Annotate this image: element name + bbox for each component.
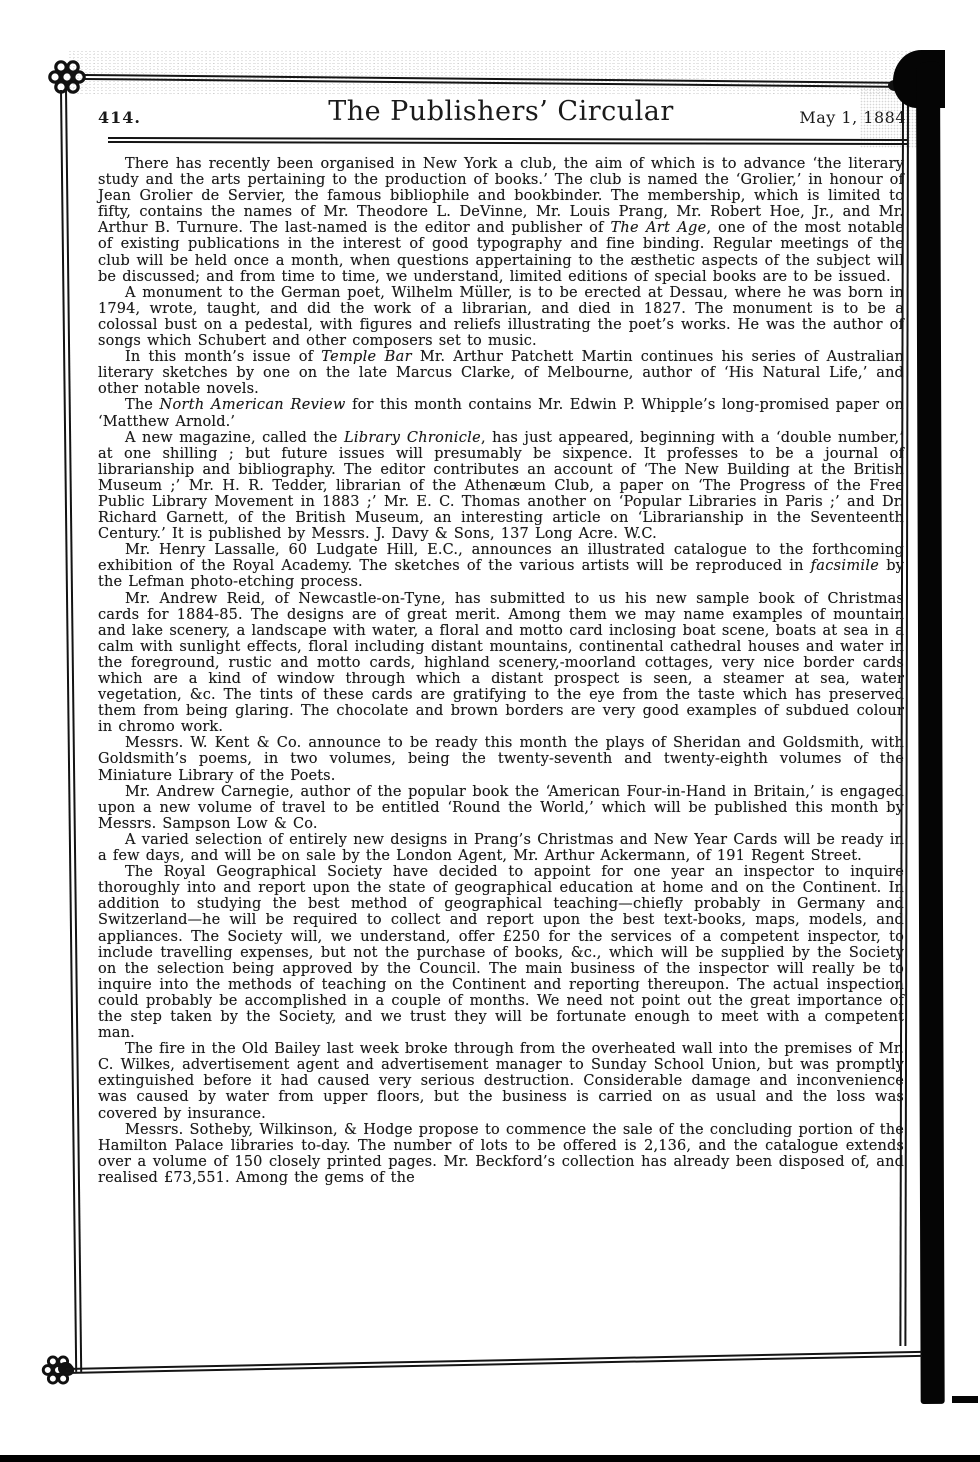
text-run: Mr. Henry Lassalle, 60 Ludgate Hill, E.C… — [98, 542, 904, 574]
paragraph: Mr. Henry Lassalle, 60 Ludgate Hill, E.C… — [98, 542, 904, 590]
paragraph: Messrs. W. Kent & Co. announce to be rea… — [98, 735, 904, 783]
text-run: Messrs. Sotheby, Wilkinson, & Hodge prop… — [98, 1122, 904, 1186]
text-run: The — [125, 397, 159, 413]
paragraph: Mr. Andrew Reid, of Newcastle-on-Tyne, h… — [98, 591, 904, 736]
book-edge-shadow — [916, 62, 945, 1404]
work-title-italic: The Art Age — [610, 220, 706, 236]
book-edge-shadow-tail — [952, 1396, 978, 1403]
paragraph: The Royal Geographical Society have deci… — [98, 864, 904, 1041]
text-run: A varied selection of entirely new desig… — [98, 832, 904, 864]
paragraph: A varied selection of entirely new desig… — [98, 832, 904, 864]
text-run: Mr. Andrew Reid, of Newcastle-on-Tyne, h… — [98, 591, 904, 736]
scan-noise-band — [68, 50, 924, 94]
work-title-italic: Temple Bar — [321, 349, 412, 365]
text-run: The Royal Geographical Society have deci… — [98, 864, 904, 1041]
work-title-italic: Library Chronicle — [344, 430, 481, 446]
scan-edge-line — [0, 1455, 980, 1462]
paragraph: The fire in the Old Bailey last week bro… — [98, 1041, 904, 1121]
text-run: The fire in the Old Bailey last week bro… — [98, 1041, 904, 1121]
masthead: 414. The Publishers’ Circular May 1, 188… — [96, 96, 906, 136]
text-run: In this month’s issue of — [125, 349, 321, 365]
text-run: A monument to the German poet, Wilhelm M… — [98, 285, 904, 349]
issue-date: May 1, 1884 — [799, 108, 906, 127]
work-title-italic: North American Review — [159, 397, 345, 413]
masthead-divider-rule — [108, 137, 908, 145]
paragraph: Messrs. Sotheby, Wilkinson, & Hodge prop… — [98, 1122, 904, 1186]
paragraph: There has recently been organised in New… — [98, 156, 904, 285]
scanned-page: 414. The Publishers’ Circular May 1, 188… — [0, 0, 980, 1462]
work-title-italic: facsimile — [811, 558, 880, 574]
paragraph: In this month’s issue of Temple Bar Mr. … — [98, 349, 904, 397]
paragraph: Mr. Andrew Carnegie, author of the popul… — [98, 784, 904, 832]
paragraph: A new magazine, called the Library Chron… — [98, 430, 904, 543]
paragraph: The North American Review for this month… — [98, 397, 904, 429]
article-body: There has recently been organised in New… — [98, 156, 904, 1186]
frame-bottom-rule — [66, 1351, 922, 1374]
paragraph: A monument to the German poet, Wilhelm M… — [98, 285, 904, 349]
text-run: A new magazine, called the — [125, 430, 344, 446]
page-title: The Publishers’ Circular — [96, 96, 906, 127]
text-run: Messrs. W. Kent & Co. announce to be rea… — [98, 735, 904, 783]
text-run: , has just appeared, beginning with a ‘d… — [98, 430, 904, 543]
frame-left-rule — [60, 90, 82, 1372]
text-run: Mr. Andrew Carnegie, author of the popul… — [98, 784, 904, 832]
